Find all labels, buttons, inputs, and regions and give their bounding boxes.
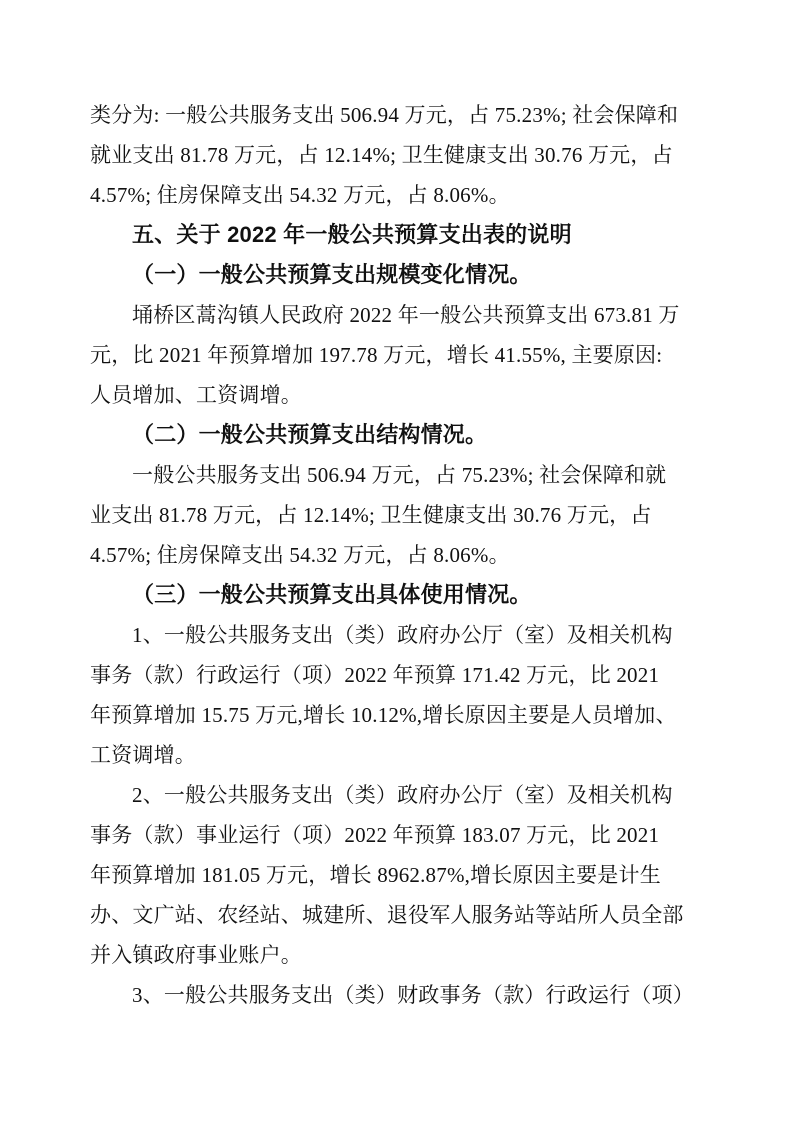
text-line: 年预算增加 15.75 万元,增长 10.12%,增长原因主要是人员增加、	[90, 695, 694, 735]
document-page: 类分为: 一般公共服务支出 506.94 万元，占 75.23%; 社会保障和 …	[0, 0, 793, 1122]
text-line: 年预算增加 181.05 万元，增长 8962.87%,增长原因主要是计生	[90, 855, 694, 895]
text-line: 并入镇政府事业账户。	[90, 935, 694, 975]
text-line: 事务（款）行政运行（项）2022 年预算 171.42 万元，比 2021	[90, 655, 694, 695]
subsection-heading: （二）一般公共预算支出结构情况。	[90, 415, 694, 455]
text-line: 4.57%; 住房保障支出 54.32 万元，占 8.06%。	[90, 175, 694, 215]
subsection-heading: （三）一般公共预算支出具体使用情况。	[90, 575, 694, 615]
text-line: 就业支出 81.78 万元，占 12.14%; 卫生健康支出 30.76 万元，…	[90, 135, 694, 175]
text-line: 元，比 2021 年预算增加 197.78 万元，增长 41.55%, 主要原因…	[90, 335, 694, 375]
text-line: 一般公共服务支出 506.94 万元，占 75.23%; 社会保障和就	[90, 455, 694, 495]
text-line: 业支出 81.78 万元，占 12.14%; 卫生健康支出 30.76 万元，占	[90, 495, 694, 535]
text-line: 类分为: 一般公共服务支出 506.94 万元，占 75.23%; 社会保障和	[90, 95, 694, 135]
section-heading: 五、关于 2022 年一般公共预算支出表的说明	[90, 215, 694, 255]
text-line: 埇桥区蒿沟镇人民政府 2022 年一般公共预算支出 673.81 万	[90, 295, 694, 335]
text-line: 4.57%; 住房保障支出 54.32 万元，占 8.06%。	[90, 535, 694, 575]
text-line: 2、一般公共服务支出（类）政府办公厅（室）及相关机构	[90, 775, 694, 815]
document-content: 类分为: 一般公共服务支出 506.94 万元，占 75.23%; 社会保障和 …	[90, 95, 694, 1015]
subsection-heading: （一）一般公共预算支出规模变化情况。	[90, 255, 694, 295]
text-line: 1、一般公共服务支出（类）政府办公厅（室）及相关机构	[90, 615, 694, 655]
text-line: 事务（款）事业运行（项）2022 年预算 183.07 万元，比 2021	[90, 815, 694, 855]
text-line: 3、一般公共服务支出（类）财政事务（款）行政运行（项）	[90, 975, 694, 1015]
text-line: 办、文广站、农经站、城建所、退役军人服务站等站所人员全部	[90, 895, 694, 935]
text-line: 人员增加、工资调增。	[90, 375, 694, 415]
text-line: 工资调增。	[90, 735, 694, 775]
